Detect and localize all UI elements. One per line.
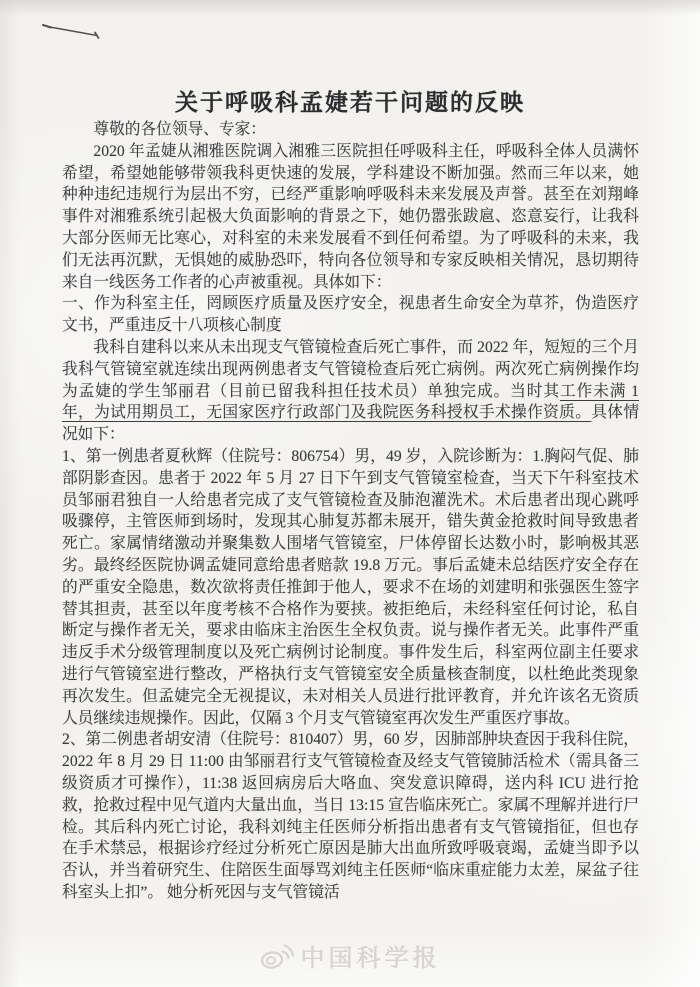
paragraph-salutation: 尊敬的各位领导、专家： xyxy=(62,119,639,141)
paragraph-intro: 2020 年孟婕从湘雅医院调入湘雅三医院担任呼吸科主任，呼吸科全体人员满怀希望，… xyxy=(62,141,639,294)
paragraph-section-1-heading: 一、作为科室主任，罔顾医疗质量及医疗安全，视患者生命安全为草芥，伪造医疗文书，严… xyxy=(62,293,639,337)
scanned-letter-page: 关于呼吸科孟婕若干问题的反映 尊敬的各位领导、专家：2020 年孟婕从湘雅医院调… xyxy=(0,0,700,987)
text-segment: 2020 年孟婕从湘雅医院调入湘雅三医院担任呼吸科主任，呼吸科全体人员满怀希望，… xyxy=(62,143,639,291)
watermark: 中国科学报 xyxy=(0,938,700,973)
text-segment: 尊敬的各位领导、专家： xyxy=(93,121,266,138)
text-segment: 一、作为科室主任，罔顾医疗质量及医疗安全，视患者生命安全为草芥，伪造医疗文书，严… xyxy=(62,295,639,334)
paragraph-case-2: 2、第二例患者胡安清（住院号：810407）男，60 岁，因肺部肿块查因于我科住… xyxy=(62,729,639,903)
text-segment: 2、第二例患者胡安清（住院号：810407）男，60 岁，因肺部肿块查因于我科住… xyxy=(62,731,639,901)
pen-stroke-mark xyxy=(40,16,112,46)
paragraph-section-1-intro: 我科自建科以来从未出现支气管镜检查后死亡事件，而 2022 年，短短的三个月我科… xyxy=(62,337,639,446)
text-segment: 我科自建科以来从未出现支气管镜检查后死亡事件，而 2022 年，短短的三个月我科… xyxy=(62,339,639,400)
paragraph-case-1: 1、第一例患者夏秋辉（住院号：806754）男，49 岁，入院诊断为：1.胸闷气… xyxy=(62,446,639,729)
watermark-label: 中国科学报 xyxy=(301,938,441,973)
document-title: 关于呼吸科孟婕若干问题的反映 xyxy=(0,84,700,117)
text-segment: 1、第一例患者夏秋辉（住院号：806754）男，49 岁，入院诊断为：1.胸闷气… xyxy=(62,448,639,727)
document-body: 尊敬的各位领导、专家：2020 年孟婕从湘雅医院调入湘雅三医院担任呼吸科主任，呼… xyxy=(62,119,639,904)
weibo-logo-icon xyxy=(260,942,294,970)
